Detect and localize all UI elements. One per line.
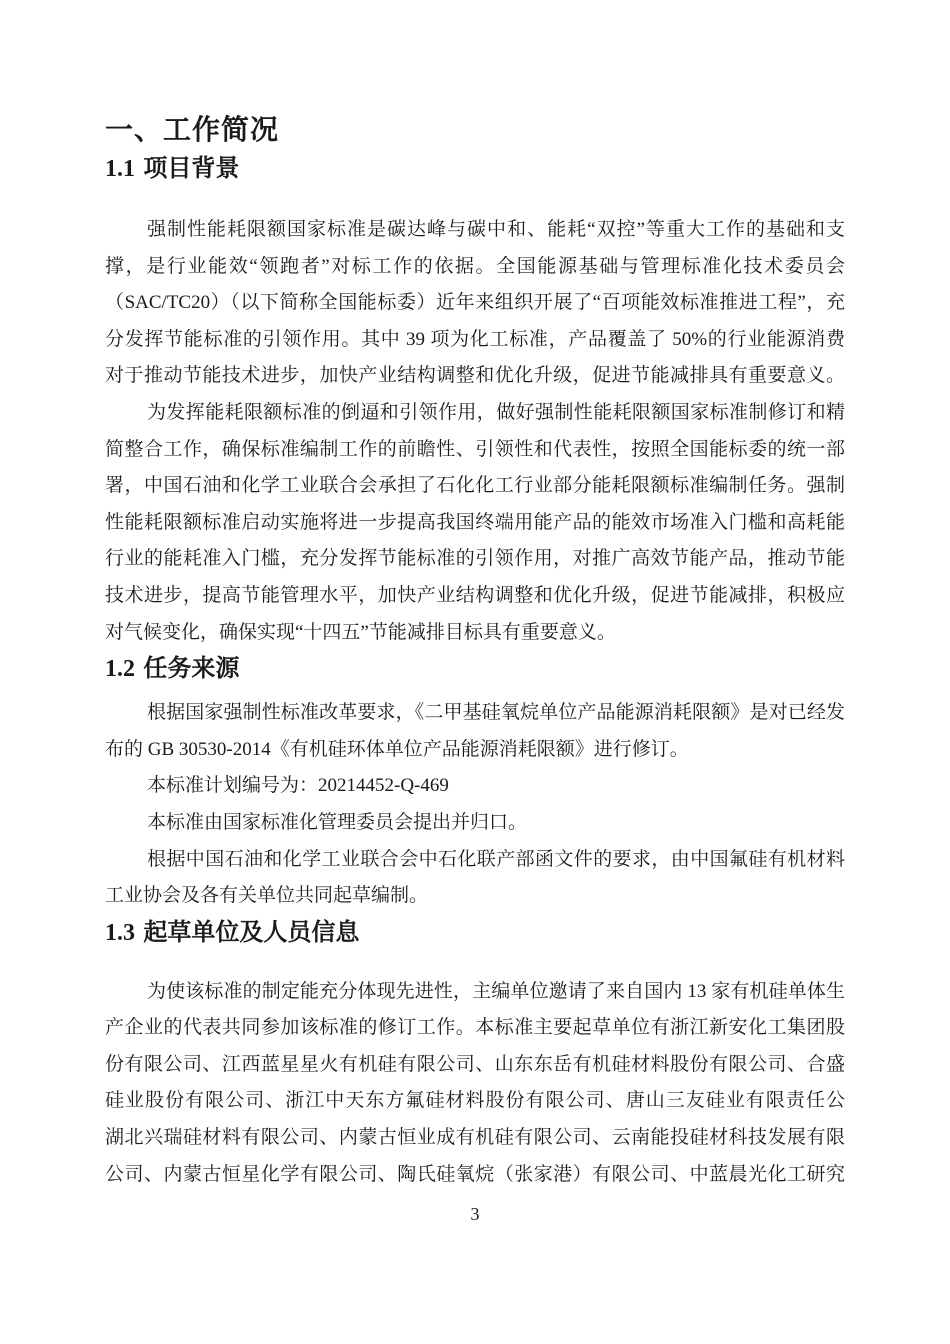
text-line: 行业的能耗准入门槛，充分发挥节能标准的引领作用，对推广高效节能产品，推动节能	[105, 541, 845, 578]
section-heading-1-1: 1.1项目背景	[105, 151, 845, 187]
text-line: 根据国家强制性标准改革要求，《二甲基硅氧烷单位产品能源消耗限额》是对已经发	[105, 695, 845, 732]
paragraph: 根据中国石油和化学工业联合会中石化联产部函文件的要求，由中国氟硅有机材料 工业协…	[105, 842, 845, 915]
section-number: 1.2	[105, 656, 135, 682]
text-line: 本标准由国家标准化管理委员会提出并归口。	[105, 805, 845, 842]
text-line: 硅业股份有限公司、浙江中天东方氟硅材料股份有限公司、唐山三友硅业有限责任公司、	[105, 1083, 845, 1120]
text-line: 署，中国石油和化学工业联合会承担了石化化工行业部分能耗限额标准编制任务。强制	[105, 468, 845, 505]
text-line: 湖北兴瑞硅材料有限公司、内蒙古恒业成有机硅有限公司、云南能投硅材科技发展有限	[105, 1120, 845, 1157]
text-line: 性能耗限额标准启动实施将进一步提高我国终端用能产品的能效市场准入门槛和高耗能	[105, 505, 845, 542]
text-line: 产企业的代表共同参加该标准的修订工作。本标准主要起草单位有浙江新安化工集团股	[105, 1010, 845, 1047]
paragraph: 本标准计划编号为：20214452-Q-469	[105, 768, 845, 805]
document-page: 一、工作简况 1.1项目背景 强制性能耗限额国家标准是碳达峰与碳中和、能耗“双控…	[0, 0, 950, 1344]
text-line: 对气候变化，确保实现“十四五”节能减排目标具有重要意义。	[105, 615, 845, 652]
text-line: 分发挥节能标准的引领作用。其中 39 项为化工标准，产品覆盖了 50%的行业能源…	[105, 322, 845, 359]
section-number: 1.3	[105, 920, 135, 946]
text-line: 布的 GB 30530-2014《有机硅环体单位产品能源消耗限额》进行修订。	[105, 732, 845, 769]
paragraph: 本标准由国家标准化管理委员会提出并归口。	[105, 805, 845, 842]
text-line: 份有限公司、江西蓝星星火有机硅有限公司、山东东岳有机硅材料股份有限公司、合盛	[105, 1047, 845, 1084]
paragraph: 根据国家强制性标准改革要求，《二甲基硅氧烷单位产品能源消耗限额》是对已经发 布的…	[105, 695, 845, 768]
section-title: 任务来源	[143, 655, 239, 682]
text-line: 公司、内蒙古恒星化学有限公司、陶氏硅氧烷（张家港）有限公司、中蓝晨光化工研究	[105, 1157, 845, 1194]
text-line: 简整合工作，确保标准编制工作的前瞻性、引领性和代表性，按照全国能标委的统一部	[105, 432, 845, 469]
paragraph: 为使该标准的制定能充分体现先进性，主编单位邀请了来自国内 13 家有机硅单体生 …	[105, 974, 845, 1194]
text-line: 工业协会及各有关单位共同起草编制。	[105, 878, 845, 915]
text-line: 根据中国石油和化学工业联合会中石化联产部函文件的要求，由中国氟硅有机材料	[105, 842, 845, 879]
text-line: 技术进步，提高节能管理水平，加快产业结构调整和优化升级，促进节能减排，积极应	[105, 578, 845, 615]
text-line: （SAC/TC20）（以下简称全国能标委）近年来组织开展了“百项能效标准推进工程…	[105, 285, 845, 322]
text-line: 为使该标准的制定能充分体现先进性，主编单位邀请了来自国内 13 家有机硅单体生	[105, 974, 845, 1011]
text-line: 为发挥能耗限额标准的倒逼和引领作用，做好强制性能耗限额国家标准制修订和精	[105, 395, 845, 432]
text-line: 强制性能耗限额国家标准是碳达峰与碳中和、能耗“双控”等重大工作的基础和支	[105, 212, 845, 249]
text-line: 本标准计划编号为：20214452-Q-469	[105, 768, 845, 805]
section-title: 起草单位及人员信息	[143, 919, 359, 946]
section-heading-1-3: 1.3起草单位及人员信息	[105, 915, 845, 951]
main-heading: 一、工作简况	[105, 109, 845, 151]
text-line: 对于推动节能技术进步，加快产业结构调整和优化升级，促进节能减排具有重要意义。	[105, 358, 845, 395]
text-line: 撑，是行业能效“领跑者”对标工作的依据。全国能源基础与管理标准化技术委员会	[105, 249, 845, 286]
paragraph: 强制性能耗限额国家标准是碳达峰与碳中和、能耗“双控”等重大工作的基础和支 撑，是…	[105, 212, 845, 395]
section-heading-1-2: 1.2任务来源	[105, 651, 845, 687]
section-title: 项目背景	[143, 155, 239, 182]
paragraph: 为发挥能耗限额标准的倒逼和引领作用，做好强制性能耗限额国家标准制修订和精 简整合…	[105, 395, 845, 651]
section-number: 1.1	[105, 156, 135, 182]
page-number: 3	[105, 1202, 845, 1226]
